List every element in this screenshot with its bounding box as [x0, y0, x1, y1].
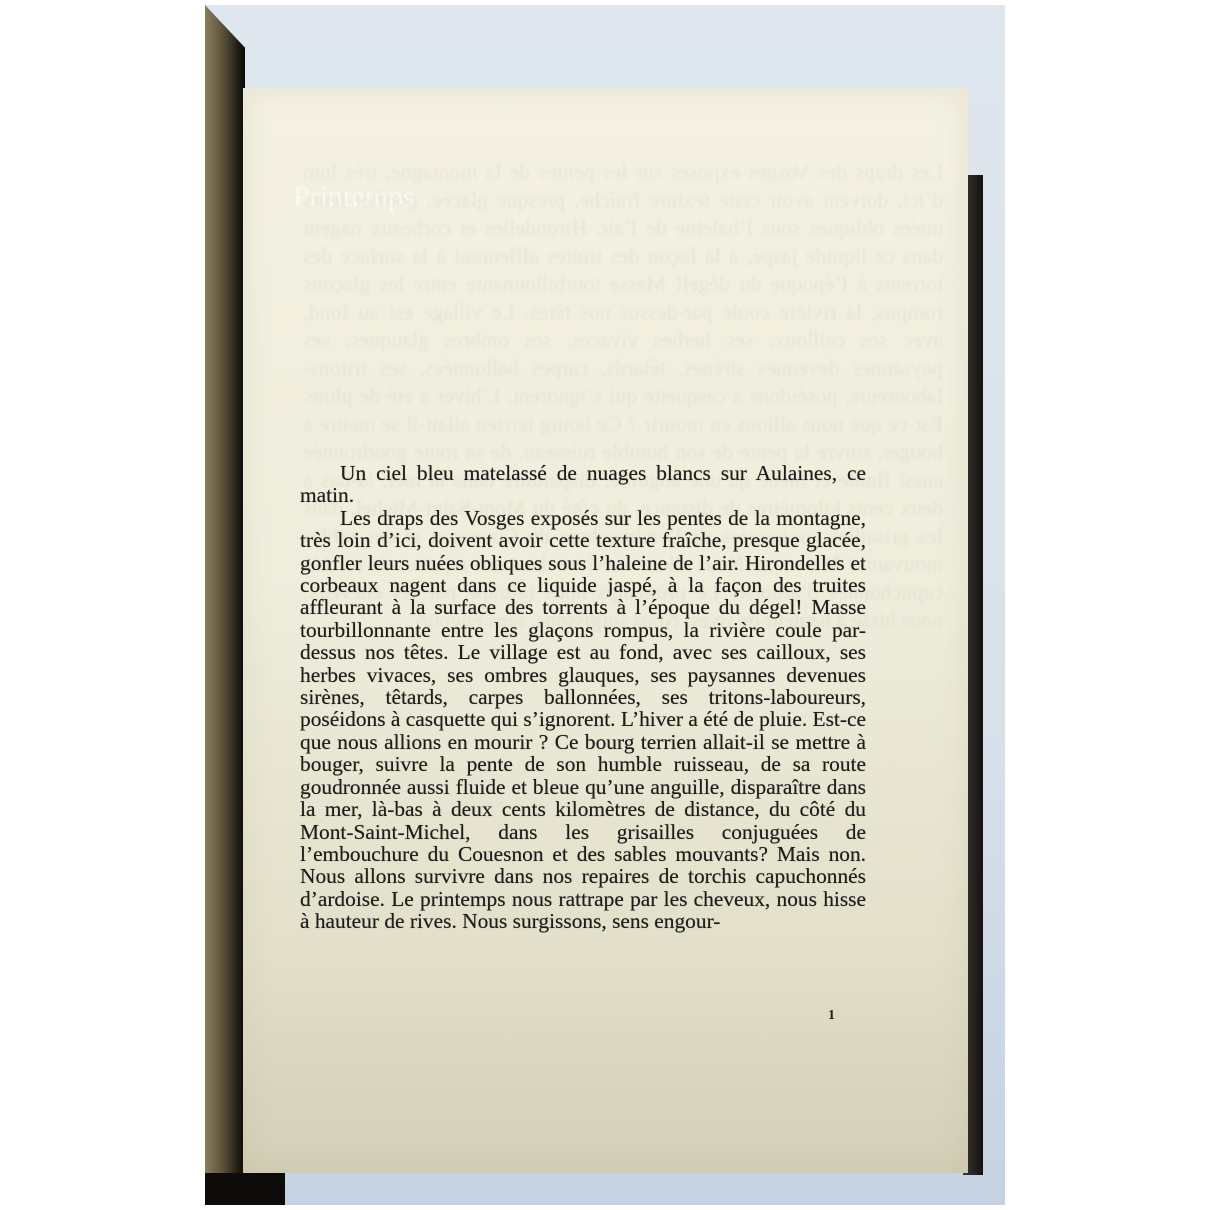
book-page: Printemps Les draps des Vosges exposés s…	[243, 88, 968, 1173]
paragraph: Les draps des Vosges exposés sur les pen…	[300, 507, 866, 933]
book-photo: Printemps Les draps des Vosges exposés s…	[205, 5, 1005, 1205]
paragraph: Un ciel bleu matelassé de nuages blancs …	[300, 462, 866, 507]
page-number: 1	[828, 1008, 835, 1024]
book-cover-edge	[205, 5, 245, 1205]
page-body-text: Un ciel bleu matelassé de nuages blancs …	[300, 462, 866, 933]
cover-shadow	[205, 1173, 285, 1205]
